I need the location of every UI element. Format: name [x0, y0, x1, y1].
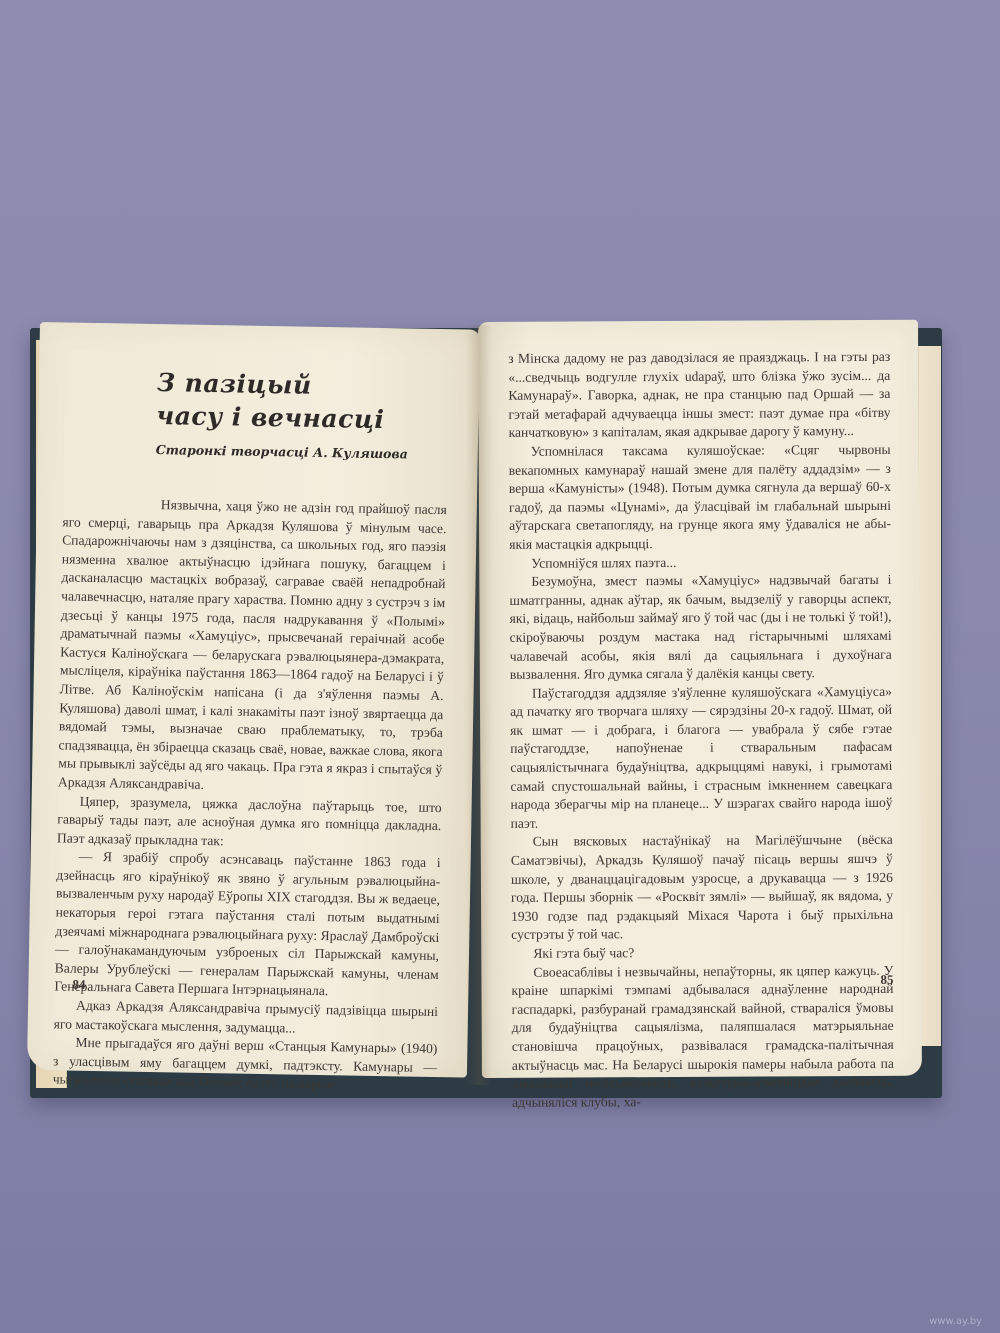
paragraph: з Мінска дадому не раз даводзілася яе пр…	[508, 348, 890, 443]
right-page: з Мінска дадому не раз даводзілася яе пр…	[478, 320, 922, 1078]
paragraph: Своеасаблівы і незвычайны, непаўторны, я…	[511, 961, 894, 1112]
chapter-subtitle: Старонкі творчасці А. Куляшова	[156, 442, 408, 461]
open-book: З пазіцый часу і вечнасці Старонкі творч…	[0, 0, 1000, 1333]
right-page-body: з Мінска дадому не раз даводзілася яе пр…	[508, 348, 894, 1112]
paragraph: — Я зрабіў спробу асэнсаваць паўстанне 1…	[54, 848, 441, 1003]
chapter-title-line-1: З пазіцый	[157, 368, 312, 400]
paragraph: Які гэта быў час?	[511, 943, 893, 964]
chapter-title: З пазіцый часу і вечнасці	[156, 366, 409, 436]
paragraph: Мне прыгадаўся яго даўні верш «Станцыя К…	[53, 1034, 438, 1096]
page-number-right: 85	[880, 972, 893, 988]
paragraph: Успомнілася таксама куляшоўскае: «Сцяг ч…	[509, 441, 892, 555]
left-page: З пазіцый часу і вечнасці Старонкі творч…	[27, 322, 480, 1078]
paragraph: Паўстагоддзя аддзяляе з'яўленне куляшоўс…	[510, 683, 893, 834]
paragraph: Сын вясковых настаўнікаў на Магілёўшчыне…	[511, 831, 894, 945]
watermark: www.ay.by	[929, 1316, 982, 1327]
left-page-body: Нязвычна, хаця ўжо не адзін год прайшоў …	[53, 494, 447, 1096]
chapter-title-line-2: часу і вечнасці	[156, 401, 385, 434]
paragraph: Безумоўна, змест паэмы «Хамуціус» надзвы…	[509, 571, 892, 685]
paragraph: Цяпер, зразумела, цяжка даслоўна паўтары…	[57, 792, 442, 854]
page-number-left: 84	[72, 977, 85, 993]
right-page-stack	[918, 346, 941, 1046]
paragraph: Нязвычна, хаця ўжо не адзін год прайшоў …	[58, 494, 447, 798]
chapter-heading: З пазіцый часу і вечнасці Старонкі творч…	[156, 366, 410, 461]
paragraph: Успомніўся шлях паэта...	[509, 552, 891, 573]
